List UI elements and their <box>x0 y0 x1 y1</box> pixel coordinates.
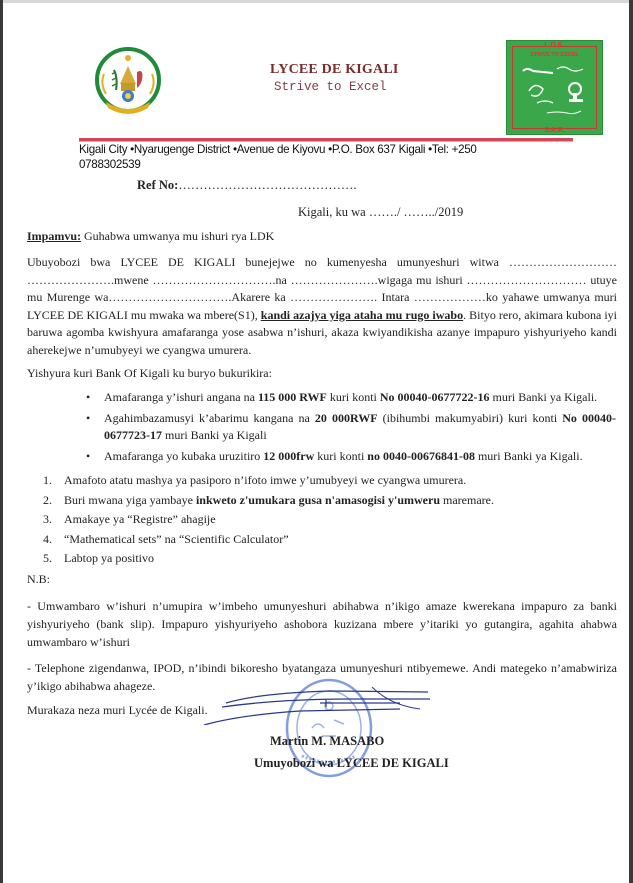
ref-value: ……………………………………. <box>178 178 356 192</box>
school-title-block: LYCEE DE KIGALI Strive to Excel <box>270 62 399 94</box>
requirement-item: 3.Amakaye ya “Registre” ahagije <box>43 510 603 530</box>
letter-date: Kigali, ku wa ……./ ……../2019 <box>298 205 463 220</box>
subject-line: Impamvu: Guhabwa umwanya mu ishuri rya L… <box>27 228 617 245</box>
nb-label: N.B: <box>27 571 617 588</box>
payment-item: Amafaranga y’ishuri angana na 115 000 RW… <box>86 389 616 406</box>
requirement-item: 4.“Mathematical sets” na “Scientific Cal… <box>43 530 603 550</box>
subject-label: Impamvu: <box>27 229 81 243</box>
payment-heading: Yishyura kuri Bank Of Kigali ku buryo bu… <box>27 365 617 382</box>
subject-text: Guhabwa umwanya mu ishuri rya LDK <box>81 229 274 243</box>
requirement-item: 1.Amafoto atatu mashya ya pasiporo n’ifo… <box>43 471 603 491</box>
page-edge-right <box>629 0 633 883</box>
payment-item: Amafaranga yo kubaka uruzitiro 12 000frw… <box>86 448 616 465</box>
signatory-title: Umuyobozi wa LYCEE DE KIGALI <box>254 756 449 771</box>
signatory-name: Martin M. MASABO <box>270 734 384 749</box>
ldk-school-logo-icon: L.D.K. STRIVE TO EXCEL S.A.R. <box>506 40 603 135</box>
note-uniform: - Umwambaro w’ishuri n’umupira w’imbeho … <box>27 597 617 651</box>
rwanda-coat-of-arms-icon <box>90 44 166 120</box>
intro-emphasis: kandi azajya yiga ataha mu rugo iwabo <box>261 308 463 322</box>
requirements-list: 1.Amafoto atatu mashya ya pasiporo n’ifo… <box>43 471 603 569</box>
ref-number: Ref No:……………………………………. <box>137 178 356 193</box>
school-name: LYCEE DE KIGALI <box>270 62 399 78</box>
logo-bottom-label: S.A.R. <box>507 127 602 134</box>
payment-item: Agahimbazamusyi k’abarimu kangana na 20 … <box>86 410 616 444</box>
requirement-item: 5.Labtop ya positivo <box>43 549 603 569</box>
signature-icon <box>200 685 440 725</box>
payment-list: Amafaranga y’ishuri angana na 115 000 RW… <box>86 389 616 467</box>
school-address: Kigali City •Nyarugenge District •Avenue… <box>79 142 499 172</box>
ref-label: Ref No: <box>137 178 178 192</box>
header-divider <box>79 138 573 141</box>
school-motto: Strive to Excel <box>274 80 399 94</box>
requirement-item: 2.Buri mwana yiga yambaye inkweto z'umuk… <box>43 491 603 511</box>
intro-paragraph: Ubuyobozi bwa LYCEE DE KIGALI bunejejwe … <box>27 254 617 360</box>
page-top-shade <box>3 0 629 3</box>
page-edge-left <box>0 0 3 883</box>
